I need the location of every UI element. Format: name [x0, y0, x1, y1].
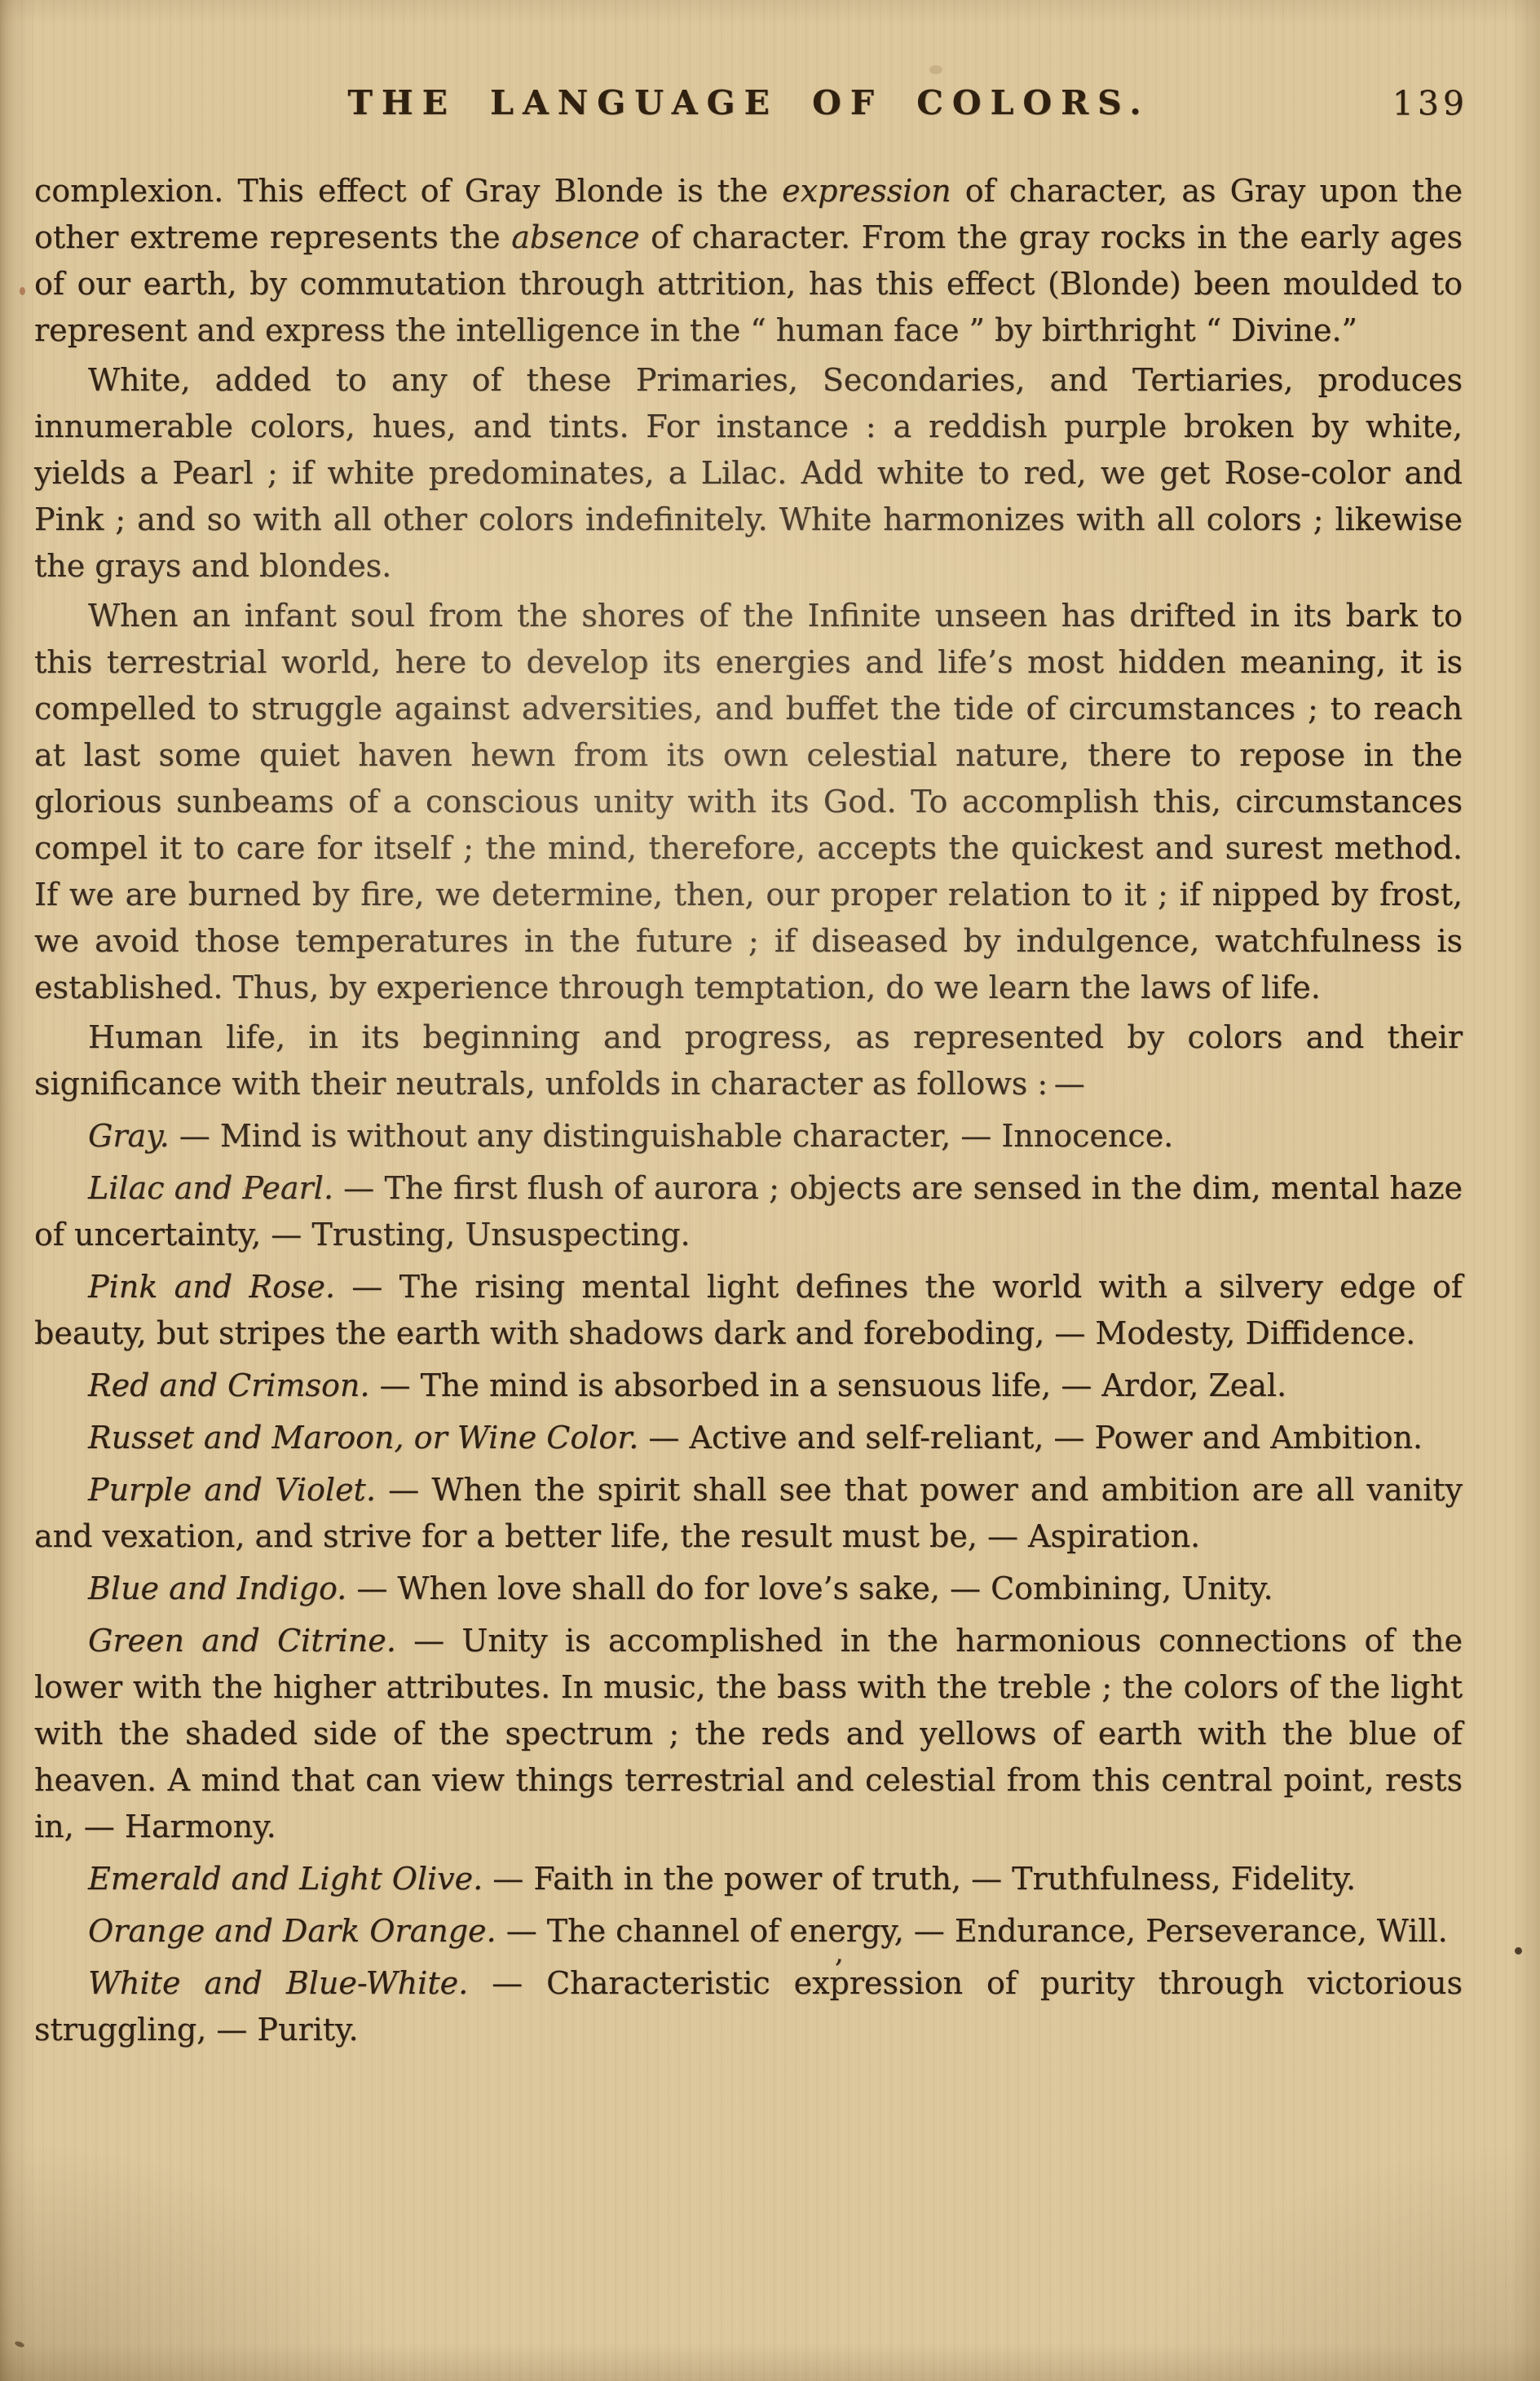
color-entry-lead: Green and Citrine.	[88, 1623, 396, 1659]
color-entry-russet-maroon: Russet and Maroon, or Wine Color. — Acti…	[34, 1415, 1463, 1461]
text-segment: White, added to any of these Primaries, …	[34, 362, 1463, 584]
ink-speck	[929, 65, 942, 74]
color-entry-purple-violet: Purple and Violet. — When the spirit sha…	[34, 1467, 1463, 1560]
text-segment: complexion. This effect of Gray Blonde i…	[34, 173, 782, 209]
color-entry-red-crimson: Red and Crimson. — The mind is absorbed …	[34, 1363, 1463, 1409]
paragraph-infant-soul: When an infant soul from the shores of t…	[34, 593, 1463, 1011]
color-entry-blue-indigo: Blue and Indigo. — When love shall do fo…	[34, 1566, 1463, 1612]
body-text: complexion. This effect of Gray Blonde i…	[34, 168, 1463, 2053]
color-entry-green-citrine: Green and Citrine. — Unity is accomplish…	[34, 1618, 1463, 1850]
color-entry-lead: Lilac and Pearl.	[88, 1170, 333, 1206]
color-entry-lead: Orange and Dark Orange.	[88, 1913, 496, 1949]
paragraph-complexion: complexion. This effect of Gray Blonde i…	[34, 168, 1463, 354]
book-page-scan: THE LANGUAGE OF COLORS. 139 complexion. …	[0, 0, 1540, 2381]
color-entry-lead: Emerald and Light Olive.	[88, 1861, 483, 1897]
text-segment: When an infant soul from the shores of t…	[34, 598, 1463, 1005]
color-entry-lead: White and Blue-White.	[88, 1965, 468, 2001]
ink-speck	[1515, 1947, 1522, 1955]
paragraph-white-added: White, added to any of these Primaries, …	[34, 357, 1463, 590]
color-entry-emerald-olive: Emerald and Light Olive. — Faith in the …	[34, 1856, 1463, 1902]
text-segment: Human life, in its beginning and progres…	[34, 1019, 1463, 1102]
ink-speck	[20, 287, 25, 295]
color-entry-pink-rose: Pink and Rose. — The rising mental light…	[34, 1264, 1463, 1357]
color-entry-white-bluewhite: White and Blue-White. — Characteristic e…	[34, 1960, 1463, 2053]
text-segment: — The channel of energy, — Endurance, Pe…	[496, 1913, 1448, 1949]
text-segment: — Mind is without any distinguishable ch…	[170, 1118, 1174, 1154]
page-number: 139	[1392, 84, 1468, 123]
color-entry-lead: Red and Crimson.	[88, 1367, 369, 1403]
ink-speck	[14, 2340, 24, 2348]
page-header: THE LANGUAGE OF COLORS. 139	[34, 83, 1463, 129]
paragraph-human-life: Human life, in its beginning and progres…	[34, 1014, 1463, 1107]
color-entry-gray: Gray. — Mind is without any distinguisha…	[34, 1113, 1463, 1160]
color-entry-lead: Purple and Violet.	[88, 1472, 376, 1508]
color-entry-lead: Gray.	[88, 1118, 170, 1154]
color-entry-lead: Pink and Rose.	[88, 1269, 335, 1305]
running-head-title: THE LANGUAGE OF COLORS.	[34, 83, 1463, 122]
color-entry-orange: Orange and Dark Orange. — The channel of…	[34, 1908, 1463, 1955]
color-entry-lead: Russet and Maroon, or Wine Color.	[88, 1420, 638, 1456]
text-segment: — Active and self-reliant, — Power and A…	[638, 1420, 1423, 1456]
text-segment: — When love shall do for love’s sake, — …	[346, 1570, 1273, 1606]
text-segment: — The mind is absorbed in a sensuous lif…	[369, 1367, 1286, 1403]
text-segment-italic: expression	[782, 173, 951, 209]
color-entry-lilac-pearl: Lilac and Pearl. — The first flush of au…	[34, 1165, 1463, 1258]
text-segment: — Faith in the power of truth, — Truthfu…	[483, 1861, 1356, 1897]
color-entry-lead: Blue and Indigo.	[88, 1570, 346, 1606]
text-segment-italic: absence	[511, 219, 639, 255]
